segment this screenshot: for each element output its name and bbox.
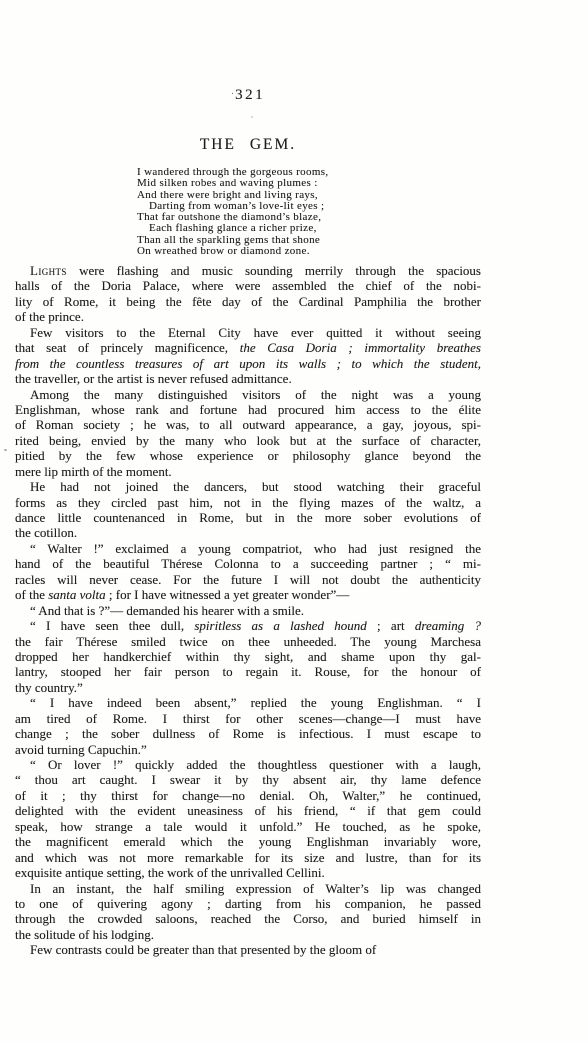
page-number: ·321 — [15, 87, 481, 104]
text-line: Englishman, whose rank and fortune had p… — [15, 402, 481, 417]
paragraph: “ I have seen thee dull, spiritless as a… — [15, 618, 481, 695]
text-line: Few visitors to the Eternal City have ev… — [15, 325, 481, 340]
text-line: the solitude of his lodging. — [15, 927, 481, 942]
poem-line: Mid silken robes and waving plumes : — [137, 178, 329, 189]
paragraph: Lights were flashing and music sounding … — [15, 263, 481, 325]
paragraph: “ Or lover !” quickly added the thoughtl… — [15, 757, 481, 881]
text-line: hand of the beautiful Thérese Colonna to… — [15, 556, 481, 571]
text-line: speak, how strange a tale would it unfol… — [15, 819, 481, 834]
text-line: forms as they circled past him, not in t… — [15, 495, 481, 510]
text-line: Few contrasts could be greater than that… — [15, 942, 481, 957]
epigraph-poem: I wandered through the gorgeous rooms,Mi… — [137, 167, 329, 257]
book-page: ·321 THE GEM. I wandered through the gor… — [0, 0, 588, 1043]
text-line: pitied by the few whose experience or ph… — [15, 448, 481, 463]
text-line: to one of quivering agony ; darting from… — [15, 896, 481, 911]
text-line: racles will never cease. For the future … — [15, 572, 481, 587]
paragraph: He had not joined the dancers, but stood… — [15, 479, 481, 541]
poem-line: On wreathed brow or diamond zone. — [137, 246, 329, 257]
page-title: THE GEM. — [15, 136, 481, 154]
text-line: halls of the Doria Palace, where were as… — [15, 278, 481, 293]
paragraph: Few visitors to the Eternal City have ev… — [15, 325, 481, 387]
text-line: dance little countenanced in Rome, but i… — [15, 510, 481, 525]
text-line: the magnificent emerald which the young … — [15, 834, 481, 849]
paragraph: Among the many distinguished visitors of… — [15, 387, 481, 480]
text-line: Lights were flashing and music sounding … — [15, 263, 481, 278]
text-line: of the santa volta ; for I have witnesse… — [15, 587, 481, 602]
text-line: mere lip mirth of the moment. — [15, 464, 481, 479]
text-line: “ And that is ?”— demanded his hearer wi… — [15, 603, 481, 618]
paragraph: “ I have indeed been absent,” replied th… — [15, 695, 481, 757]
text-line: dropped her handkerchief within thy sigh… — [15, 649, 481, 664]
text-line: of it ; thy thirst for change—no denial.… — [15, 788, 481, 803]
smallcaps-text: Lights — [30, 263, 67, 278]
italic-text: santa volta — [48, 587, 105, 602]
text-line: from the countless treasures of art upon… — [15, 356, 481, 371]
ink-speck — [4, 449, 7, 451]
text-line: the traveller, or the artist is never re… — [15, 371, 481, 386]
text-line: Among the many distinguished visitors of… — [15, 387, 481, 402]
text-line: lity of Rome, it being the fête day of t… — [15, 294, 481, 309]
text-line: “ thou art caught. I swear it by thy abs… — [15, 772, 481, 787]
text-line: exquisite antique setting, the work of t… — [15, 865, 481, 880]
text-line: lantry, stooped her fair person to regai… — [15, 664, 481, 679]
text-line: and which was not more remarkable for it… — [15, 850, 481, 865]
ink-mark: · — [231, 89, 234, 100]
text-line: avoid turning Capuchin.” — [15, 742, 481, 757]
text-line: delighted with the evident uneasiness of… — [15, 803, 481, 818]
text-line: “ Walter !” exclaimed a young compatriot… — [15, 541, 481, 556]
italic-text: from the countless treasures of art upon… — [15, 356, 481, 371]
text-line: In an instant, the half smiling expressi… — [15, 881, 481, 896]
text-line: rited being, envied by the many who look… — [15, 433, 481, 448]
text-line: of Roman society ; he was, to all outwar… — [15, 417, 481, 432]
italic-text: spiritless as a lashed hound — [194, 618, 366, 633]
paragraph: “ Walter !” exclaimed a young compatriot… — [15, 541, 481, 603]
italic-text: the Casa Doria ; immortality breathes — [240, 340, 481, 355]
text-line: He had not joined the dancers, but stood… — [15, 479, 481, 494]
text-line: of the prince. — [15, 309, 481, 324]
page-number-value: 321 — [235, 87, 265, 103]
text-line: thy country.” — [15, 680, 481, 695]
text-line: am tired of Rome. I thirst for other sce… — [15, 711, 481, 726]
ink-speck — [251, 116, 253, 118]
body-text: Lights were flashing and music sounding … — [15, 263, 481, 958]
italic-text: dreaming ? — [415, 618, 481, 633]
text-line: “ Or lover !” quickly added the thoughtl… — [15, 757, 481, 772]
text-line: “ I have seen thee dull, spiritless as a… — [15, 618, 481, 633]
text-line: the cotillon. — [15, 525, 481, 540]
text-line: change ; the sober dullness of Rome is i… — [15, 726, 481, 741]
paragraph: Few contrasts could be greater than that… — [15, 942, 481, 957]
paragraph: In an instant, the half smiling expressi… — [15, 881, 481, 943]
text-line: through the crowded saloons, reached the… — [15, 911, 481, 926]
paragraph: “ And that is ?”— demanded his hearer wi… — [15, 603, 481, 618]
text-line: “ I have indeed been absent,” replied th… — [15, 695, 481, 710]
text-line: that seat of princely magnificence, the … — [15, 340, 481, 355]
text-line: the fair Thérese smiled twice on thee un… — [15, 634, 481, 649]
